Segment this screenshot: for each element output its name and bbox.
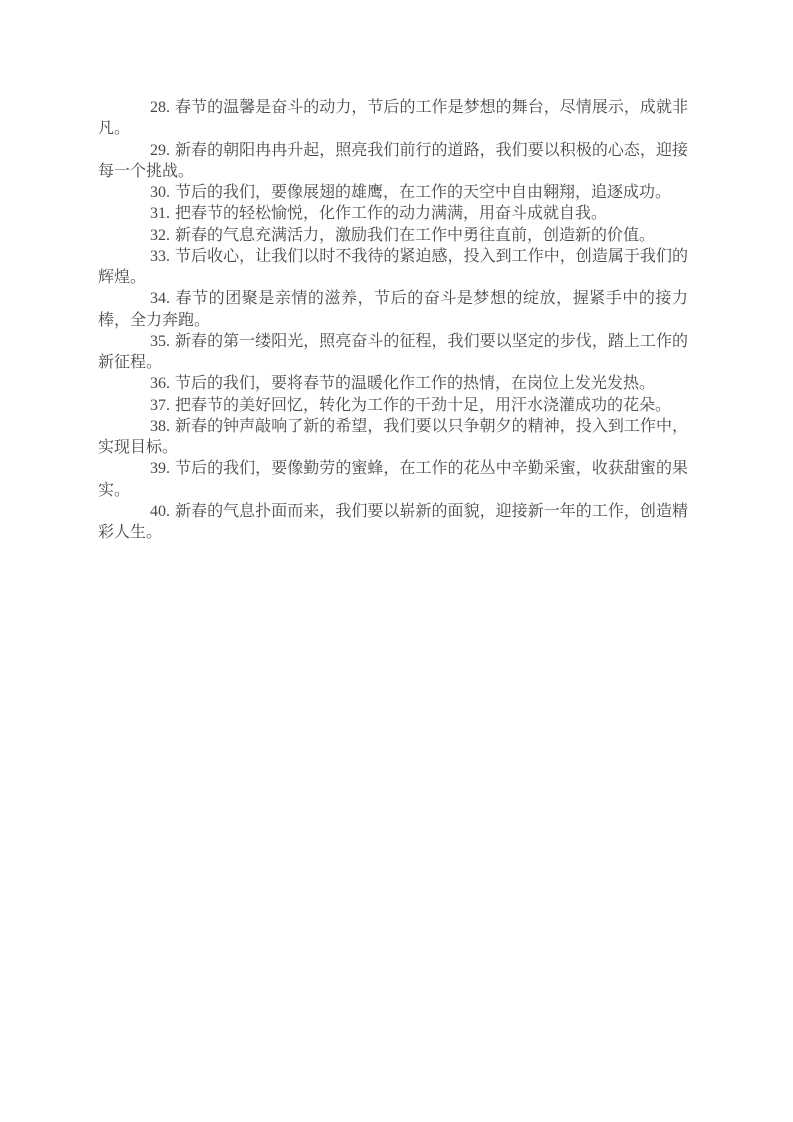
item-text: 新春的气息充满活力，激励我们在工作中勇往直前，创造新的价值。	[175, 227, 655, 244]
item-text: 把春节的轻松愉悦，化作工作的动力满满，用奋斗成就自我。	[175, 205, 607, 222]
list-item-33: 33.节后收心，让我们以时不我待的紧迫感，投入到工作中，创造属于我们的辉煌。	[98, 246, 688, 289]
item-number: 37.	[150, 397, 175, 414]
item-number: 39.	[150, 460, 175, 477]
item-text: 春节的温馨是奋斗的动力，节后的工作是梦想的舞台，尽情展示，成就非凡。	[98, 99, 688, 137]
list-item-30: 30.节后的我们，要像展翅的雄鹰，在工作的天空中自由翱翔，追逐成功。	[98, 182, 688, 203]
item-number: 38.	[150, 418, 175, 435]
item-text: 新春的第一缕阳光，照亮奋斗的征程，我们要以坚定的步伐，踏上工作的新征程。	[98, 333, 688, 371]
list-item-28: 28.春节的温馨是奋斗的动力，节后的工作是梦想的舞台，尽情展示，成就非凡。	[98, 97, 688, 140]
item-text: 节后的我们，要像展翅的雄鹰，在工作的天空中自由翱翔，追逐成功。	[175, 184, 671, 201]
list-item-37: 37.把春节的美好回忆，转化为工作的干劲十足，用汗水浇灌成功的花朵。	[98, 395, 688, 416]
list-item-34: 34.春节的团聚是亲情的滋养，节后的奋斗是梦想的绽放，握紧手中的接力棒，全力奔跑…	[98, 288, 688, 331]
list-item-31: 31.把春节的轻松愉悦，化作工作的动力满满，用奋斗成就自我。	[98, 203, 688, 224]
item-text: 节后的我们，要将春节的温暖化作工作的热情，在岗位上发光发热。	[175, 375, 655, 392]
list-item-35: 35.新春的第一缕阳光，照亮奋斗的征程，我们要以坚定的步伐，踏上工作的新征程。	[98, 331, 688, 374]
list-item-29: 29.新春的朝阳冉冉升起，照亮我们前行的道路，我们要以积极的心态，迎接每一个挑战…	[98, 140, 688, 183]
list-item-39: 39.节后的我们，要像勤劳的蜜蜂，在工作的花丛中辛勤采蜜，收获甜蜜的果实。	[98, 458, 688, 501]
list-item-38: 38.新春的钟声敲响了新的希望，我们要以只争朝夕的精神，投入到工作中，实现目标。	[98, 416, 688, 459]
item-text: 新春的气息扑面而来，我们要以崭新的面貌，迎接新一年的工作，创造精彩人生。	[98, 503, 688, 541]
item-number: 29.	[150, 142, 175, 159]
item-number: 33.	[150, 248, 175, 265]
numbered-list: 28.春节的温馨是奋斗的动力，节后的工作是梦想的舞台，尽情展示，成就非凡。 29…	[98, 97, 688, 543]
item-number: 35.	[150, 333, 175, 350]
item-number: 32.	[150, 227, 175, 244]
item-text: 节后收心，让我们以时不我待的紧迫感，投入到工作中，创造属于我们的辉煌。	[98, 248, 688, 286]
item-number: 28.	[150, 99, 175, 116]
item-number: 36.	[150, 375, 175, 392]
item-text: 新春的钟声敲响了新的希望，我们要以只争朝夕的精神，投入到工作中，实现目标。	[98, 418, 688, 456]
list-item-32: 32.新春的气息充满活力，激励我们在工作中勇往直前，创造新的价值。	[98, 225, 688, 246]
document-page: 28.春节的温馨是奋斗的动力，节后的工作是梦想的舞台，尽情展示，成就非凡。 29…	[0, 0, 793, 1122]
list-item-40: 40.新春的气息扑面而来，我们要以崭新的面貌，迎接新一年的工作，创造精彩人生。	[98, 501, 688, 544]
item-number: 40.	[150, 503, 175, 520]
item-text: 节后的我们，要像勤劳的蜜蜂，在工作的花丛中辛勤采蜜，收获甜蜜的果实。	[98, 460, 688, 498]
item-text: 春节的团聚是亲情的滋养，节后的奋斗是梦想的绽放，握紧手中的接力棒，全力奔跑。	[98, 290, 688, 328]
item-number: 34.	[150, 290, 175, 307]
item-number: 31.	[150, 205, 175, 222]
list-item-36: 36.节后的我们，要将春节的温暖化作工作的热情，在岗位上发光发热。	[98, 373, 688, 394]
item-text: 把春节的美好回忆，转化为工作的干劲十足，用汗水浇灌成功的花朵。	[175, 397, 671, 414]
item-text: 新春的朝阳冉冉升起，照亮我们前行的道路，我们要以积极的心态，迎接每一个挑战。	[98, 142, 688, 180]
item-number: 30.	[150, 184, 175, 201]
